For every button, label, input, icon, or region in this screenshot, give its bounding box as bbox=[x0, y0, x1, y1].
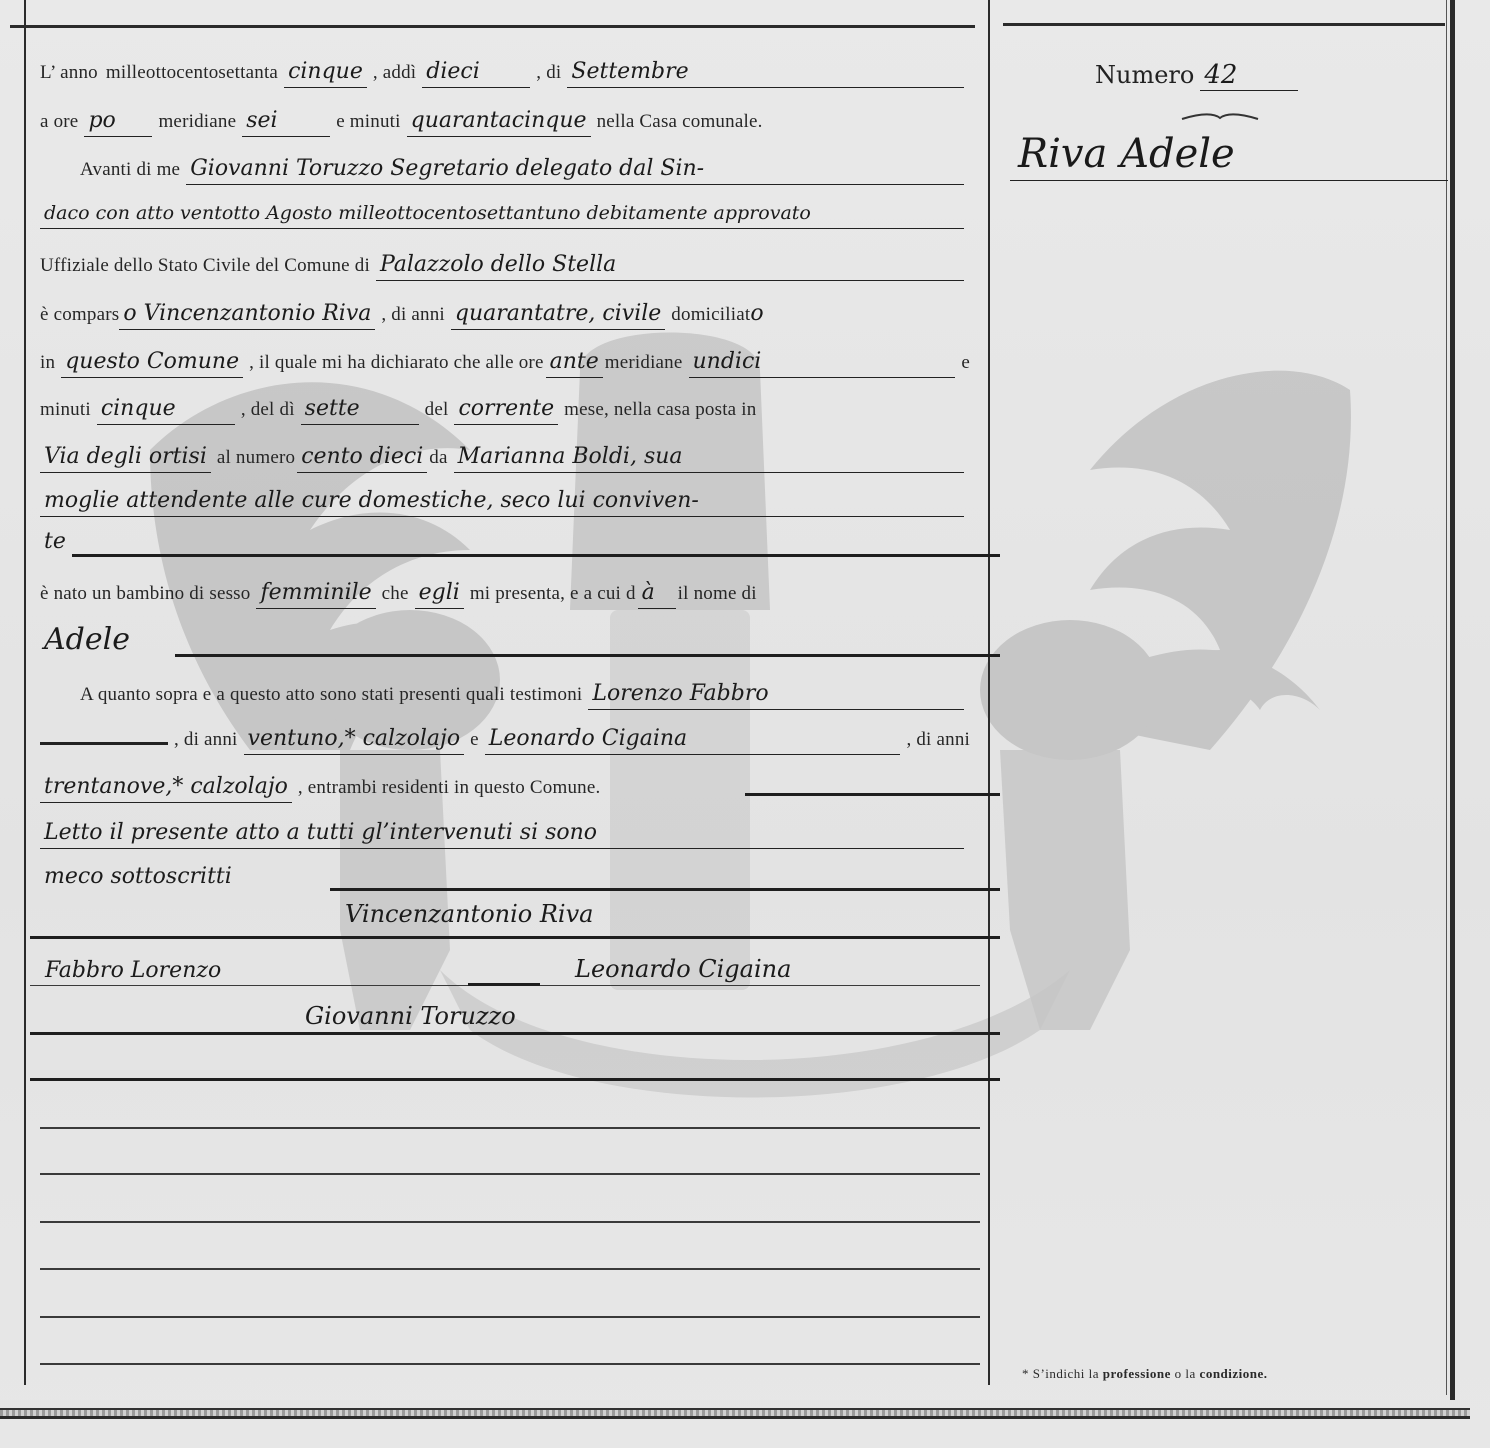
line-residence: in questo Comune , il quale mi ha dichia… bbox=[40, 343, 970, 383]
line-address: Via degli ortisi al numero cento dieci d… bbox=[40, 438, 970, 478]
printed-text: è compars bbox=[40, 295, 119, 335]
printed-text: e bbox=[470, 720, 479, 760]
hw-year: cinque bbox=[284, 57, 367, 88]
printed-text: , del dì bbox=[241, 390, 295, 430]
line-read: Letto il presente atto a tutti gl’interv… bbox=[40, 818, 970, 858]
printed-text: mese, nella casa posta in bbox=[564, 390, 756, 430]
hw-day: dieci bbox=[422, 57, 530, 88]
printed-text: meridiane bbox=[158, 102, 236, 142]
section-rule bbox=[30, 1078, 1000, 1081]
hw-read-statement: Letto il presente atto a tutti gl’interv… bbox=[40, 818, 964, 849]
hw-street: Via degli ortisi bbox=[40, 442, 211, 473]
hw-signed: meco sottoscritti bbox=[40, 862, 236, 892]
hw-age-profession: quarantatre, civile bbox=[451, 299, 665, 330]
printed-text: da bbox=[429, 438, 447, 478]
printed-text: è nato un bambino di sesso bbox=[40, 574, 250, 614]
signature-witness-2: Leonardo Cigaina bbox=[575, 955, 791, 983]
hw-month: corrente bbox=[454, 394, 558, 425]
blank-rule bbox=[40, 1127, 980, 1129]
hw-minutes: quarantacinque bbox=[407, 106, 591, 137]
printed-text: mi presenta, e a cui d bbox=[470, 574, 636, 614]
hw-blank bbox=[40, 742, 168, 745]
printed-text: L’ anno bbox=[40, 53, 98, 93]
printed-text: , di anni bbox=[906, 720, 970, 760]
hw-period: po bbox=[84, 106, 152, 137]
line-year: L’ anno milleottocentosettanta cinque , … bbox=[40, 53, 970, 93]
line-time: a ore po meridiane sei e minuti quaranta… bbox=[40, 102, 970, 142]
subject-name: Riva Adele bbox=[1010, 128, 1448, 181]
signature-rule bbox=[30, 1032, 1000, 1035]
hw-child-name: Adele bbox=[40, 625, 134, 655]
line-witnesses: A quanto sopra e a questo atto sono stat… bbox=[40, 675, 970, 715]
signature-officer: Giovanni Toruzzo bbox=[305, 1002, 516, 1030]
hw-witness-1-age: ventuno,* calzolajo bbox=[244, 724, 465, 755]
line-comune: Uffiziale dello Stato Civile del Comune … bbox=[40, 246, 970, 286]
hw-birth-day: sette bbox=[301, 394, 419, 425]
printed-text: Uffiziale dello Stato Civile del Comune … bbox=[40, 246, 370, 286]
printed-text: del bbox=[425, 390, 449, 430]
printed-text: in bbox=[40, 343, 55, 383]
printed-text: al numero bbox=[217, 438, 295, 478]
hw-birth-hour: undici bbox=[689, 347, 956, 378]
fill-rule bbox=[330, 888, 1000, 891]
hw-sex: femminile bbox=[256, 578, 375, 609]
printed-text: , il quale mi ha dichiarato che alle ore bbox=[249, 343, 543, 383]
signature-witness-1: Fabbro Lorenzo bbox=[45, 958, 221, 983]
line-declarant: è compars o Vincenzantonio Riva , di ann… bbox=[40, 295, 970, 335]
printed-text: e bbox=[961, 343, 970, 383]
printed-text: , di anni bbox=[381, 295, 445, 335]
fill-rule bbox=[72, 554, 1000, 557]
right-border-inner bbox=[1446, 0, 1447, 1395]
blank-rule bbox=[40, 1173, 980, 1175]
top-rule-right bbox=[1003, 23, 1445, 26]
hw-declarant: o Vincenzantonio Riva bbox=[119, 299, 375, 330]
blank-rule bbox=[40, 1316, 980, 1318]
line-delegation: daco con atto ventotto Agosto milleottoc… bbox=[40, 198, 970, 238]
hw-da: à bbox=[638, 578, 676, 609]
printed-text: , di bbox=[536, 53, 561, 93]
line-officer: Avanti di me Giovanni Toruzzo Segretario… bbox=[40, 150, 970, 190]
left-border bbox=[24, 0, 26, 1385]
hw-egli: egli bbox=[415, 578, 464, 609]
fill-rule bbox=[175, 654, 1000, 657]
printed-text: domiciliat bbox=[671, 295, 750, 335]
printed-text: il nome di bbox=[678, 574, 757, 614]
hw-officer: Giovanni Toruzzo Segretario delegato dal… bbox=[186, 154, 964, 185]
line-witness-ages: , di anni ventuno,* calzolajo e Leonardo… bbox=[40, 720, 970, 760]
printed-text: che bbox=[382, 574, 409, 614]
record-number: Numero42 bbox=[1095, 60, 1304, 91]
hw-delegation: daco con atto ventotto Agosto milleottoc… bbox=[40, 198, 964, 229]
hw-mother-detail: moglie attendente alle cure domestiche, … bbox=[40, 486, 964, 517]
footnote-marker: * bbox=[1022, 1366, 1029, 1381]
line-sex: è nato un bambino di sesso femminile che… bbox=[40, 574, 970, 614]
printed-text: , di anni bbox=[174, 720, 238, 760]
top-rule-left bbox=[10, 25, 975, 28]
hw-continuation: te bbox=[40, 527, 70, 557]
printed-text: Avanti di me bbox=[80, 150, 180, 190]
hw-comune: Palazzolo dello Stella bbox=[376, 250, 964, 281]
hw-month: Settembre bbox=[567, 57, 964, 88]
hw-mother: Marianna Boldi, sua bbox=[454, 442, 964, 473]
fill-rule bbox=[745, 793, 1000, 796]
numero-label: Numero bbox=[1095, 61, 1194, 89]
printed-text: meridiane bbox=[605, 343, 683, 383]
printed-text: nella Casa comunale. bbox=[597, 102, 763, 142]
footnote-text: S’indichi la bbox=[1033, 1366, 1103, 1381]
signature-dash bbox=[468, 983, 540, 986]
bottom-border bbox=[0, 1408, 1470, 1419]
swash-ornament-icon bbox=[1180, 112, 1260, 122]
blank-rule bbox=[40, 1221, 980, 1223]
footnote-bold: professione bbox=[1103, 1366, 1171, 1381]
printed-text: A quanto sopra e a questo atto sono stat… bbox=[80, 675, 582, 715]
hw-house-number: cento dieci bbox=[297, 442, 427, 473]
blank-rule bbox=[40, 1268, 980, 1270]
footnote: * S’indichi la professione o la condizio… bbox=[1022, 1366, 1268, 1382]
printed-text: e minuti bbox=[336, 102, 400, 142]
hw-hour: sei bbox=[242, 106, 330, 137]
line-signed: meco sottoscritti bbox=[40, 862, 970, 902]
printed-text: minuti bbox=[40, 390, 91, 430]
line-mother-detail: moglie attendente alle cure domestiche, … bbox=[40, 486, 970, 526]
column-divider bbox=[988, 0, 990, 1385]
footnote-text-2: o la bbox=[1171, 1366, 1200, 1381]
hw-suffix: o bbox=[750, 299, 763, 329]
printed-text: , addì bbox=[373, 53, 416, 93]
hw-period: ante bbox=[546, 347, 603, 378]
footnote-bold-2: condizione. bbox=[1200, 1366, 1268, 1381]
right-border bbox=[1450, 0, 1455, 1400]
printed-text: , entrambi residenti in questo Comune. bbox=[298, 768, 601, 808]
line-witness-residence: trentanove,* calzolajo , entrambi reside… bbox=[40, 768, 970, 808]
signature-rule bbox=[30, 936, 1000, 939]
hw-residence: questo Comune bbox=[61, 347, 243, 378]
blank-rule bbox=[40, 1363, 980, 1365]
line-continuation: te bbox=[40, 527, 970, 567]
hw-birth-minutes: cinque bbox=[97, 394, 235, 425]
register-page: Numero42 Riva Adele * S’indichi la profe… bbox=[0, 0, 1490, 1448]
hw-witness-2: Leonardo Cigaina bbox=[485, 724, 901, 755]
hw-witness-1: Lorenzo Fabbro bbox=[588, 679, 964, 710]
printed-text: milleottocentosettanta bbox=[106, 53, 278, 93]
line-child-name: Adele bbox=[40, 625, 970, 665]
signature-declarant: Vincenzantonio Riva bbox=[345, 900, 593, 928]
numero-value: 42 bbox=[1200, 60, 1298, 91]
hw-witness-2-age: trentanove,* calzolajo bbox=[40, 772, 292, 803]
line-birth-date: minuti cinque , del dì sette del corrent… bbox=[40, 390, 970, 430]
printed-text: a ore bbox=[40, 102, 78, 142]
